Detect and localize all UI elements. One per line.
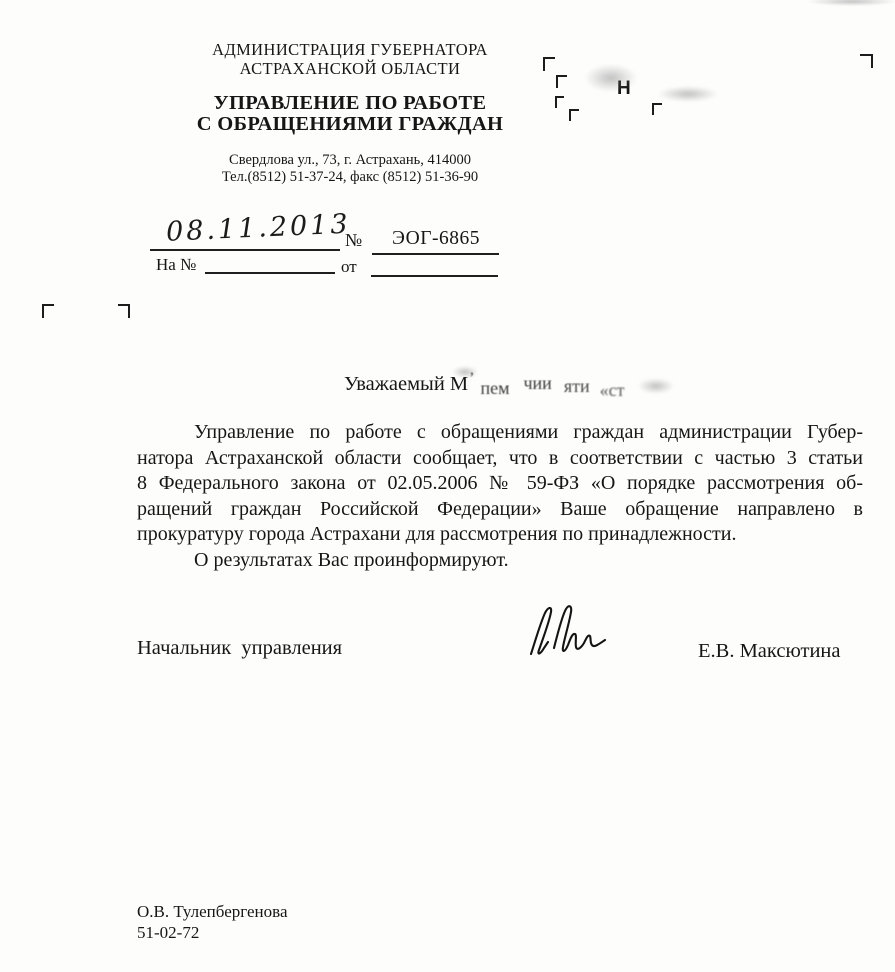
reply-from-underline <box>371 275 498 277</box>
letterhead: АДМИНИСТРАЦИЯ ГУБЕРНАТОРА АСТРАХАНСКОЙ О… <box>120 40 580 186</box>
scan-edge-smudge <box>808 0 895 6</box>
number-sign-label: № <box>345 230 362 251</box>
department-name-line1: УПРАВЛЕНИЕ ПО РАБОТЕ <box>120 93 580 114</box>
crop-corner-mark <box>860 54 873 68</box>
redacted-fragment: пем <box>480 378 509 399</box>
crop-corner-mark <box>118 304 130 318</box>
signer-name: Е.В. Максютина <box>698 640 841 663</box>
date-underline <box>150 249 340 251</box>
reply-to-underline <box>205 272 335 274</box>
body-line: О результатах Вас проинформируют. <box>137 548 863 574</box>
salutation-prefix: Уважаемый М <box>344 373 468 395</box>
executor-name: О.В. Тулепбергенова <box>137 902 288 923</box>
org-name-line2: АСТРАХАНСКОЙ ОБЛАСТИ <box>120 59 580 78</box>
executor-block: О.В. Тулепбергенова 51-02-72 <box>137 902 288 943</box>
signer-position-title: Начальник управления <box>137 637 342 660</box>
outgoing-number: ЭОГ-6865 <box>373 228 499 250</box>
crop-corner-mark <box>555 96 564 108</box>
executor-phone: 51-02-72 <box>137 923 288 944</box>
letterhead-phone: Тел.(8512) 51-37-24, факс (8512) 51-36-9… <box>120 169 580 186</box>
handwritten-signature <box>524 600 608 664</box>
redaction-smudge <box>452 366 478 378</box>
handwritten-date: 08.11.2013 <box>165 209 336 247</box>
crop-corner-mark <box>556 75 567 88</box>
redaction-smudge <box>585 64 637 92</box>
crop-corner-mark <box>652 103 662 115</box>
scanned-letter-page: АДМИНИСТРАЦИЯ ГУБЕРНАТОРА АСТРАХАНСКОЙ О… <box>0 0 895 972</box>
department-name: УПРАВЛЕНИЕ ПО РАБОТЕ С ОБРАЩЕНИЯМИ ГРАЖД… <box>120 93 580 135</box>
body-line: натора Астраханской области сообщает, чт… <box>137 446 863 472</box>
department-name-line2: С ОБРАЩЕНИЯМИ ГРАЖДАН <box>120 114 580 135</box>
salutation-line: Уважаемый М’пемчиияти«ст <box>344 373 624 396</box>
redaction-smudge <box>658 86 718 102</box>
redacted-fragment: «ст <box>600 380 625 401</box>
letter-body: Управление по работе с обращениями гражд… <box>137 420 863 574</box>
crop-corner-mark <box>543 57 555 71</box>
org-name-line1: АДМИНИСТРАЦИЯ ГУБЕРНАТОРА <box>120 40 580 59</box>
letterhead-contacts: Свердлова ул., 73, г. Астрахань, 414000 … <box>120 152 580 186</box>
crop-corner-mark <box>569 109 579 121</box>
redacted-fragment: чии <box>524 373 552 394</box>
reply-from-label: от <box>341 257 357 277</box>
crop-corner-mark <box>42 304 54 318</box>
body-line: Управление по работе с обращениями гражд… <box>137 420 863 446</box>
number-underline <box>372 253 499 255</box>
letterhead-address: Свердлова ул., 73, г. Астрахань, 414000 <box>120 152 580 169</box>
reply-to-label: На № <box>156 255 196 275</box>
redacted-fragment: яти <box>564 376 590 397</box>
redaction-smudge <box>638 378 674 394</box>
body-line: 8 Федерального закона от 02.05.2006 № 59… <box>137 471 863 497</box>
body-line: прокуратуру города Астрахани для рассмот… <box>137 522 863 548</box>
body-line: ращений граждан Российской Федерации» Ва… <box>137 497 863 523</box>
